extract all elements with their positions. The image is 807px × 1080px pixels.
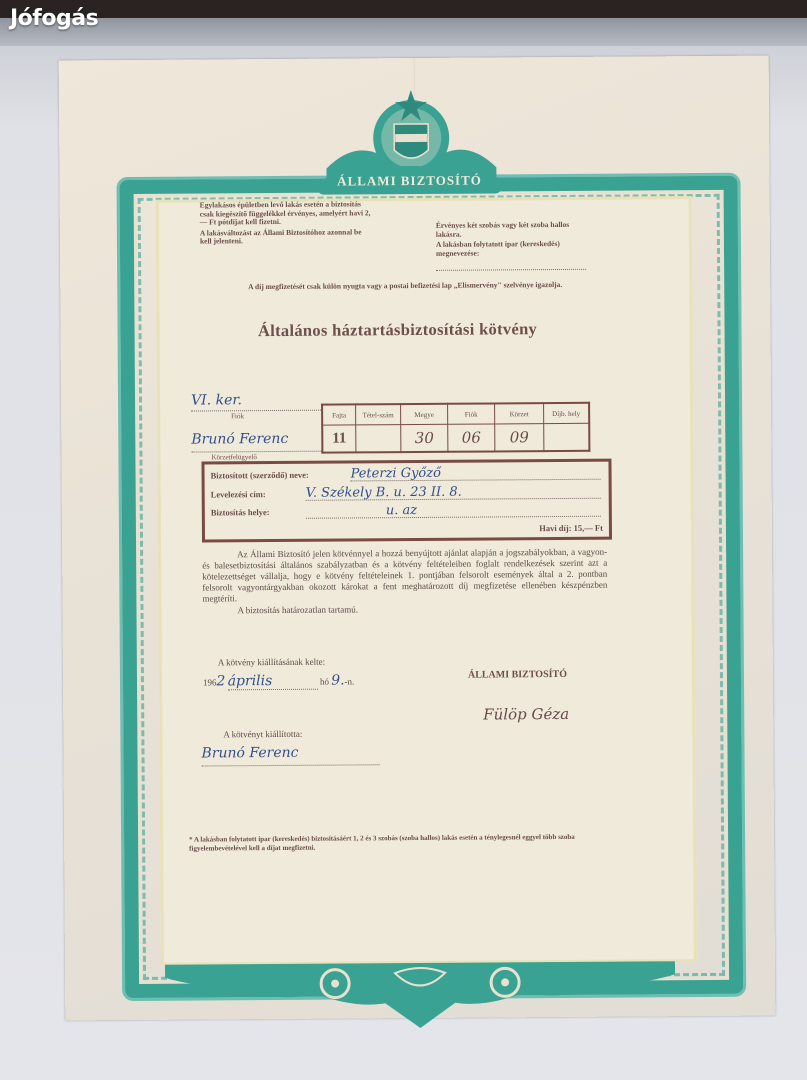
company-signature: Fülöp Géza — [483, 705, 569, 724]
note-right: Érvényes két szobás vagy két szoba hallo… — [436, 221, 596, 271]
header-fiok: Fiók — [448, 403, 495, 424]
header-tetelszam: Tétel-szám — [356, 404, 401, 425]
note-left-line1: Egylakásos épületben levő lakás esetén a… — [200, 200, 375, 227]
value-tetelszam — [356, 425, 401, 453]
branch-label: Fiók — [231, 412, 244, 420]
note-right-line2: A lakásban folytatott ipar (kereskedés) … — [436, 240, 596, 258]
mailing-address-label: Levelezési cím: — [211, 489, 266, 499]
header-dijbhely: Díjb. hely — [544, 403, 590, 424]
insurance-location-row: Biztosítás helye: u. az — [211, 507, 270, 517]
codes-header-row: Fajta Tétel-szám Megye Fiók Körzet Díjb.… — [322, 403, 589, 425]
value-korzet: 09 — [495, 424, 544, 452]
value-fajta: 11 — [322, 425, 356, 453]
mailing-address-row: Levelezési cím: V. Székely B. u. 23 II. … — [211, 489, 266, 499]
insured-name-row: Biztosított (szerződő) neve: Peterzi Győ… — [211, 470, 309, 481]
policy-body-text: Az Állami Biztosító jelen kötvénnyel a h… — [202, 547, 607, 617]
insurance-policy-document: ÁLLAMI BIZTOSÍTÓ Egylakásos épületben le… — [59, 56, 776, 1021]
insured-name-label: Biztosított (szerződő) neve: — [211, 470, 309, 481]
note-right-line1: Érvényes két szobás vagy két szoba hallo… — [436, 221, 596, 239]
issuer-label: A kötvényt kiállította: — [223, 729, 302, 740]
issue-month: április — [228, 673, 318, 691]
issue-year-prefix: 196 — [203, 677, 217, 687]
trade-name-field — [436, 257, 586, 271]
codes-value-row: 11 30 06 09 — [322, 423, 589, 452]
note-left-line2: A lakásváltozást az Állami Biztosítóhoz … — [200, 228, 375, 246]
value-fiok: 06 — [448, 424, 495, 452]
jofogas-watermark-logo: Jófogás — [10, 6, 98, 31]
insured-details-box: Biztosított (szerződő) neve: Peterzi Győ… — [201, 459, 612, 543]
issue-day-suffix: -n. — [344, 676, 354, 686]
footnote: * A lakásban folytatott ipar (kereskedés… — [189, 832, 634, 852]
policy-paragraph: Az Állami Biztosító jelen kötvénnyel a h… — [202, 547, 607, 605]
branch-field: VI. ker. — [191, 392, 321, 412]
issue-day: 9. — [331, 673, 344, 689]
issue-date-line: 1962 április hó 9.-n. — [203, 672, 354, 690]
value-dijbhely — [544, 423, 590, 451]
issue-ho: hó — [320, 677, 329, 687]
insured-name-value: Peterzi Győző — [350, 465, 600, 482]
note-left: Egylakásos épületben levő lakás esetén a… — [200, 200, 375, 246]
company-name: ÁLLAMI BIZTOSÍTÓ — [468, 669, 567, 681]
mailing-address-value: V. Székely B. u. 23 II. 8. — [306, 484, 601, 501]
header-korzet: Körzet — [495, 403, 544, 424]
insurance-location-value: u. az — [306, 502, 601, 519]
bottom-ornament-icon — [165, 956, 675, 1030]
insurance-location-label: Biztosítás helye: — [211, 507, 270, 517]
header-fajta: Fajta — [322, 404, 356, 425]
background-shelf — [0, 18, 807, 46]
header-megye: Megye — [401, 404, 448, 425]
issue-year-suffix: 2 — [216, 673, 225, 689]
monthly-fee: Havi díj: 15,— Ft — [539, 523, 603, 533]
codes-table: Fajta Tétel-szám Megye Fiók Körzet Díjb.… — [321, 402, 590, 454]
issuer-signature: Brunó Ferenc — [201, 744, 379, 766]
page-title: Általános háztartásbiztosítási kötvény — [172, 319, 622, 342]
issue-date-label: A kötvény kiállításának kelte: — [218, 657, 325, 668]
value-megye: 30 — [401, 424, 448, 452]
district-supervisor-field: Brunó Ferenc — [191, 431, 321, 453]
